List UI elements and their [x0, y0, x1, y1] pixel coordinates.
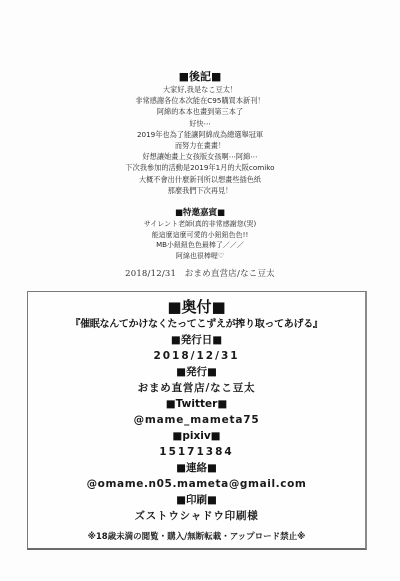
twitter-handle: @mame_mameta75	[28, 412, 365, 428]
special-thanks-line: 能這麼這麼可愛的小鈕鈕色色!!	[0, 230, 400, 241]
pixiv-id: 15171384	[28, 444, 365, 460]
pixiv-label: ■pixiv■	[28, 428, 365, 444]
afterword-line: 大概不會出什麼新刊所以想畫些插色紙	[0, 174, 400, 185]
afterword-heading: ■後記■	[0, 70, 400, 84]
special-thanks-section: ■特邀嘉賓■ サイレント老師(真的非常感謝您(哭) 能這麼這麼可愛的小鈕鈕色色!…	[0, 208, 400, 261]
afterword-section: ■後記■ 大家好,我是なこ豆太！ 非常感謝各位本次能在C95購買本新刊！ 阿綿的…	[0, 70, 400, 196]
afterword-line: 大家好,我是なこ豆太！	[0, 84, 400, 95]
signature-line: 2018/12/31 おまめ直営店/なこ豆太	[0, 267, 400, 279]
afterword-line: 非常感謝各位本次能在C95購買本新刊！	[0, 95, 400, 106]
colophon-box: ■奥付■ 『催眠なんてかけなくたってこずえが搾り取ってあげる』 ■発行日■ 20…	[27, 291, 367, 550]
colophon: ■奥付■ 『催眠なんてかけなくたってこずえが搾り取ってあげる』 ■発行日■ 20…	[28, 297, 365, 543]
twitter-label: ■Twitter■	[28, 396, 365, 412]
contact-email: @omame.n05.mameta@gmail.com	[28, 476, 365, 492]
afterword-line: 好想讓她畫上女孩版女孩啊⋯阿綿⋯	[0, 151, 400, 162]
publisher-value: おまめ直営店/なこ豆太	[28, 380, 365, 396]
special-thanks-line: サイレント老師(真的非常感謝您(哭)	[0, 219, 400, 230]
age-restriction-notice: ※18歳未満の閲覧・購入/無断転載・アップロード禁止※	[28, 531, 365, 543]
book-page: ■後記■ 大家好,我是なこ豆太！ 非常感謝各位本次能在C95購買本新刊！ 阿綿的…	[0, 0, 400, 581]
afterword-line: 下次我參加的活動是2019年1月的大阪comiko	[0, 162, 400, 173]
printer-value: ズストウシャドウ印刷様	[28, 508, 365, 524]
publish-date-label: ■発行日■	[28, 332, 365, 348]
special-thanks-heading: ■特邀嘉賓■	[0, 208, 400, 219]
afterword-line: 好快⋯	[0, 118, 400, 129]
afterword-line: 2019年也為了能讓阿綿成為總選舉冠軍	[0, 129, 400, 140]
special-thanks-line: MB小鈕鈕色色最棒了／／／	[0, 240, 400, 251]
afterword-line: 而努力在畫畫！	[0, 140, 400, 151]
afterword-line: 那麼我們下次再見！	[0, 185, 400, 196]
afterword-line: 阿綿的本本也畫到第三本了	[0, 106, 400, 117]
publisher-label: ■発行■	[28, 364, 365, 380]
special-thanks-line: 阿綿也很棒喔♡	[0, 251, 400, 262]
printer-label: ■印刷■	[28, 492, 365, 508]
colophon-title: ■奥付■	[28, 297, 365, 317]
contact-label: ■連絡■	[28, 460, 365, 476]
book-title: 『催眠なんてかけなくたってこずえが搾り取ってあげる』	[28, 317, 365, 332]
publish-date-value: 2018/12/31	[28, 348, 365, 364]
